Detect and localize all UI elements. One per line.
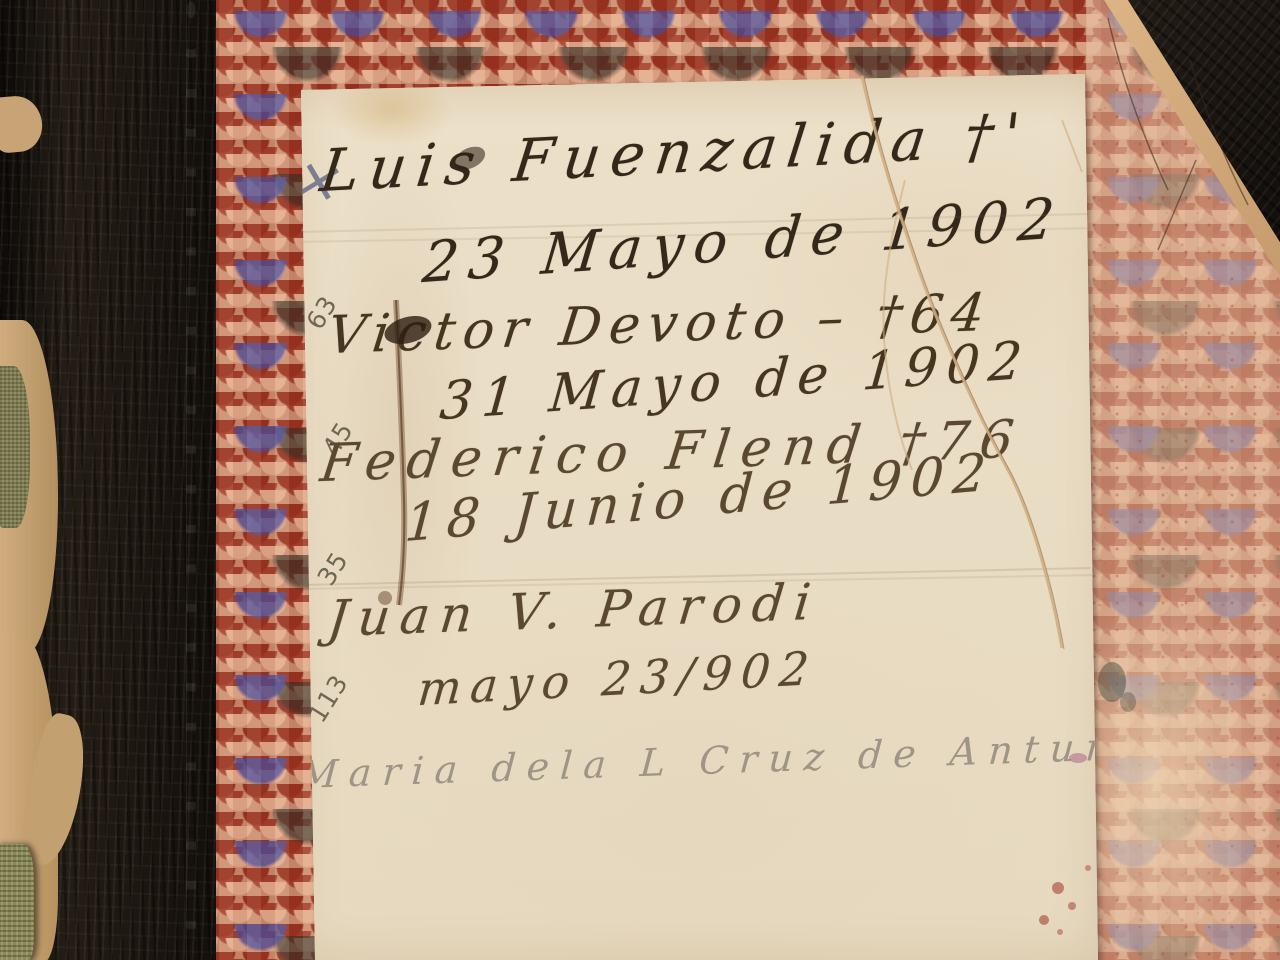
margin-number-113: 113 — [303, 669, 354, 727]
book-cover-photo: × Luis Fuenzalida †' 23 Mayo de 1902 63 … — [0, 0, 1280, 960]
inscription-line-name-1: Luis Fuenzalida †' — [317, 105, 1032, 201]
inscription-line-date-1: 23 Mayo de 1902 — [420, 191, 1067, 292]
paper-label: × Luis Fuenzalida †' 23 Mayo de 1902 63 … — [295, 66, 1101, 960]
inscription-line-date-4: mayo 23/902 — [416, 645, 820, 712]
paper-label-wrap: × Luis Fuenzalida †' 23 Mayo de 1902 63 … — [0, 0, 1280, 960]
margin-number-35: 35 — [312, 546, 355, 590]
inscription-line-pencil: Maria dela L Cruz de Antunes — [298, 725, 1187, 794]
inscription-line-name-4: Juan V. Parodi — [325, 577, 822, 644]
